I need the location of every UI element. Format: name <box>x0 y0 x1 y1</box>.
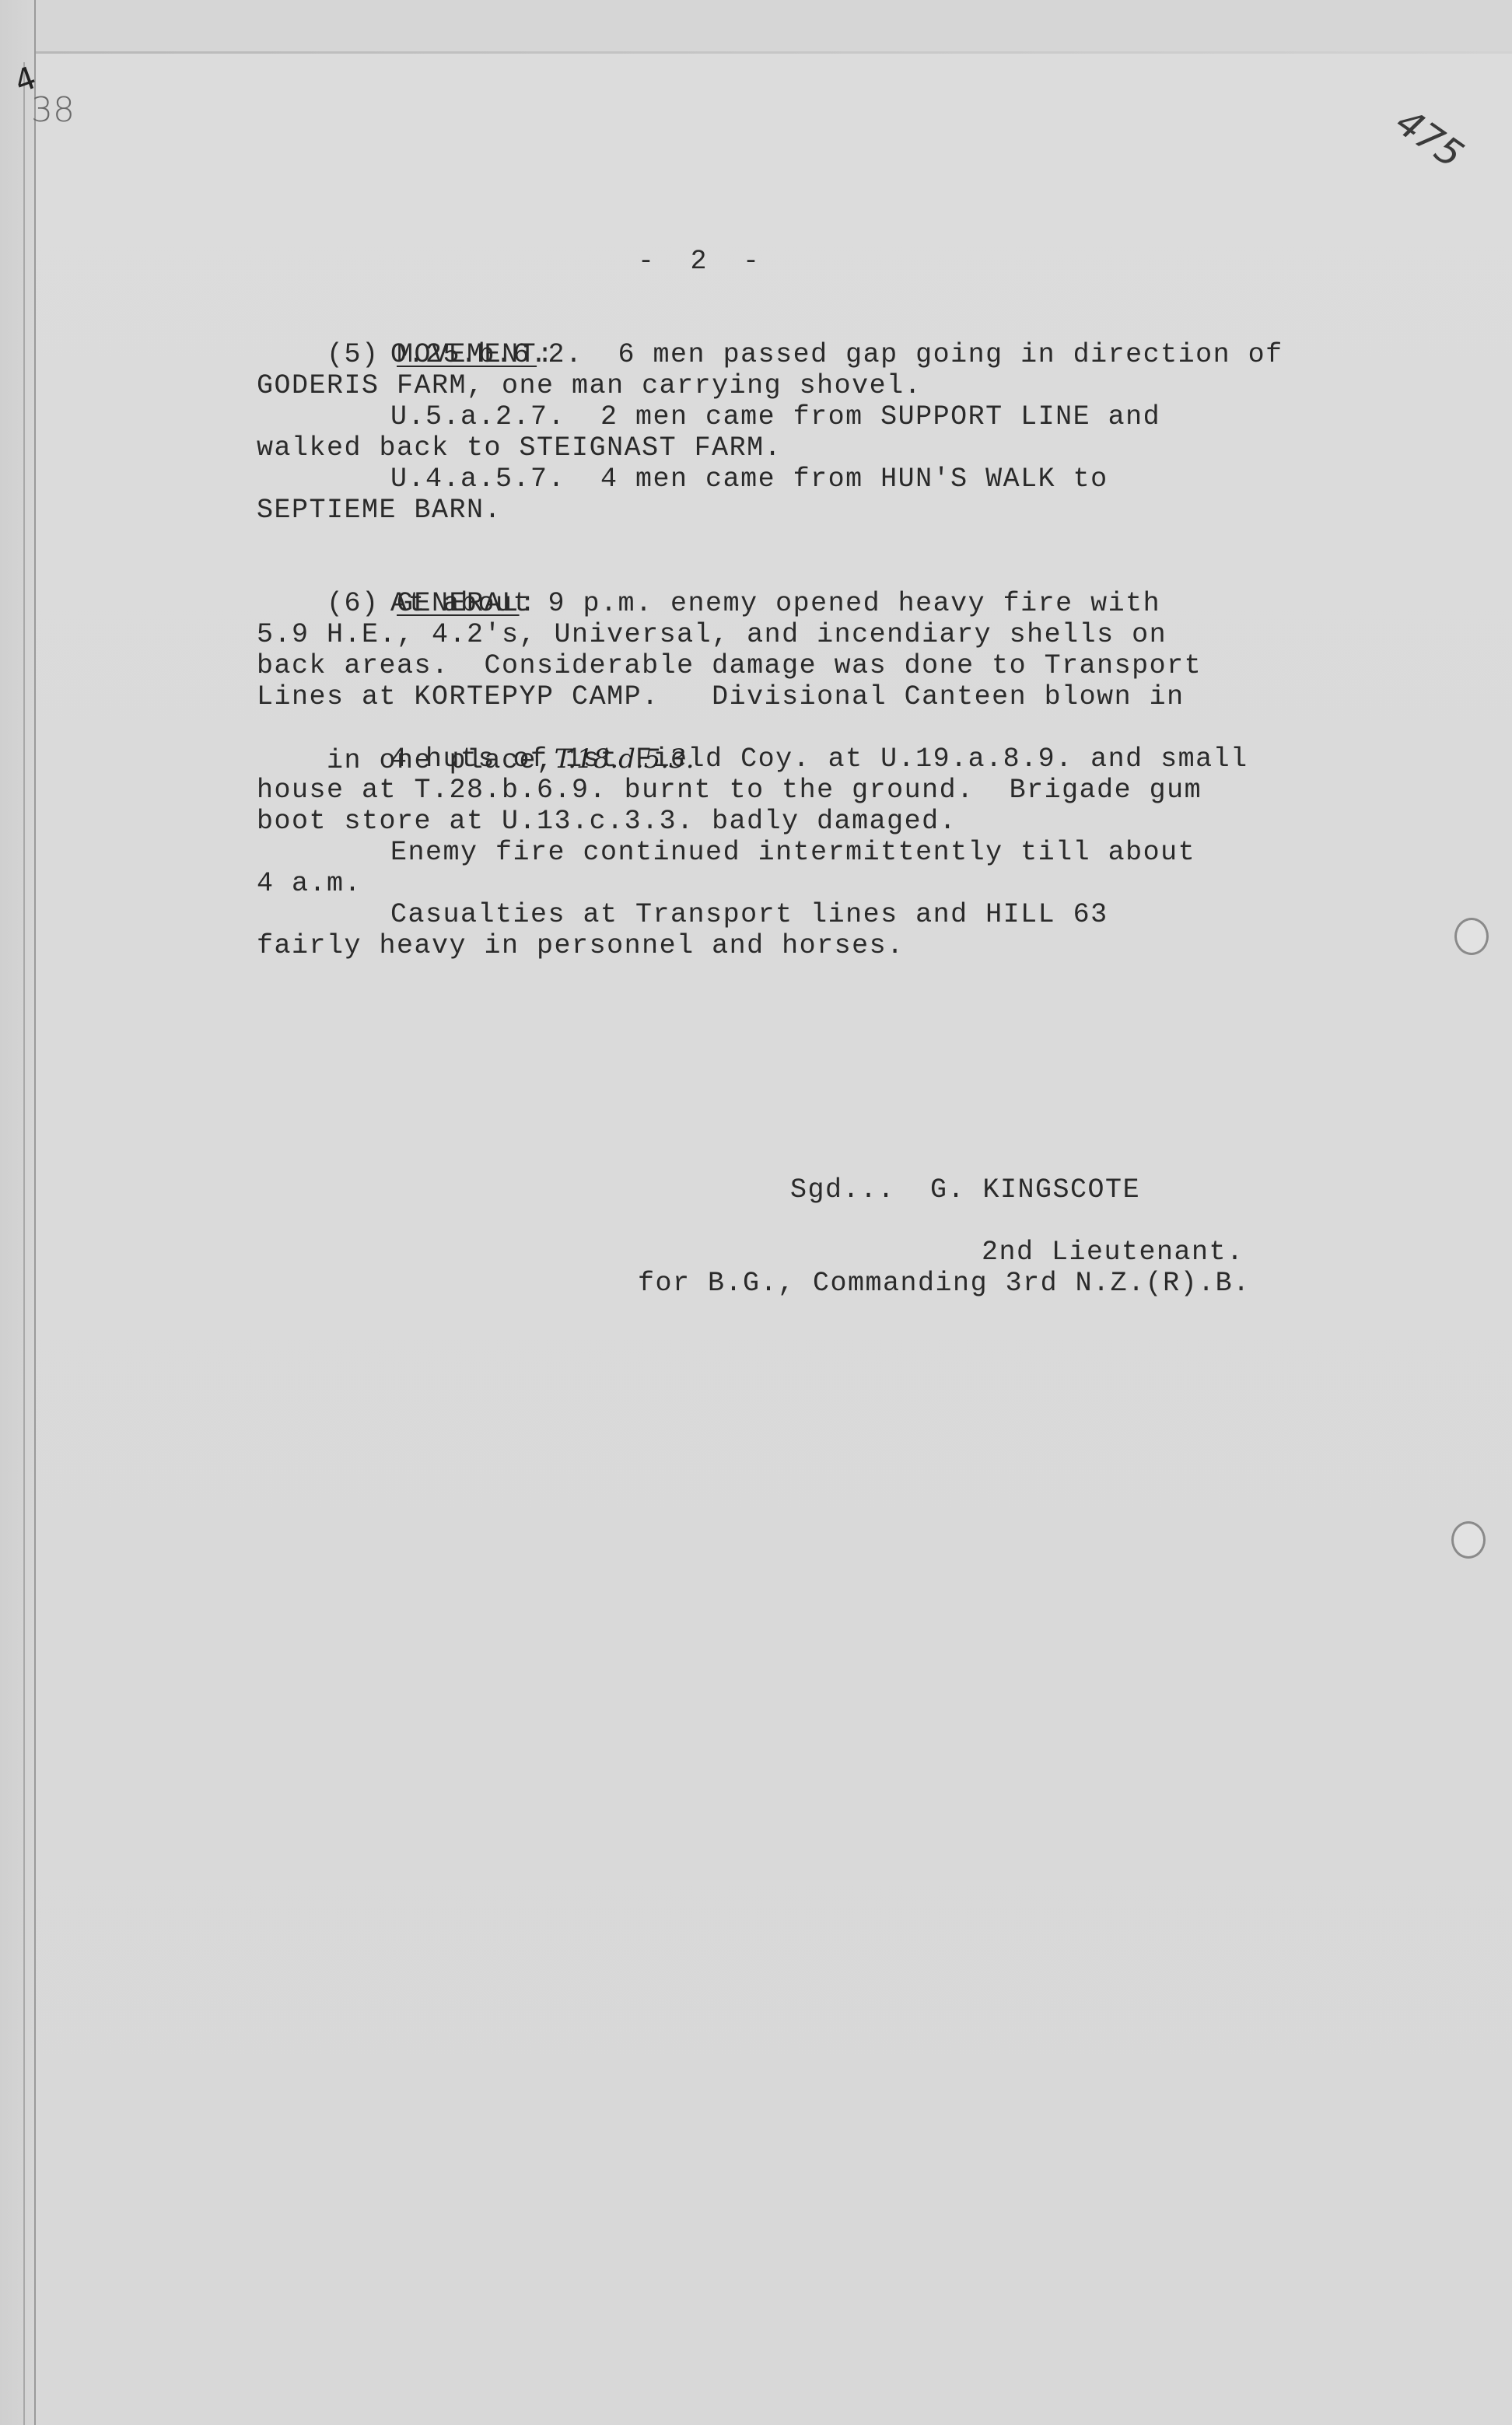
signature-name: Sgd... G. KINGSCOTE <box>790 1174 1140 1206</box>
document-page: 4 38 475 - 2 - (5) MOVEMENT: O.25.b.6.2.… <box>0 0 1512 2425</box>
signature-unit: for B.G., Commanding 3rd N.Z.(R).B. <box>638 1268 1251 1299</box>
text-line: SEPTIEME BARN. <box>257 495 502 526</box>
text-line: walked back to STEIGNAST FARM. <box>257 432 782 464</box>
punch-hole <box>1454 918 1489 955</box>
text-line: Lines at KORTEPYP CAMP. Divisional Cante… <box>257 681 1185 712</box>
text-line: O.25.b.6.2. 6 men passed gap going in di… <box>390 339 1283 370</box>
page-top-strip <box>0 0 1512 51</box>
page-fold-line <box>34 51 1512 54</box>
text-line: GODERIS FARM, one man carrying shovel. <box>257 370 922 401</box>
text-line: U.4.a.5.7. 4 men came from HUN'S WALK to <box>390 464 1108 495</box>
text-line: 4 huts of 1st Field Coy. at U.19.a.8.9. … <box>390 744 1248 775</box>
text-line: 5.9 H.E., 4.2's, Universal, and incendia… <box>257 619 1167 650</box>
punch-hole <box>1451 1521 1486 1559</box>
margin-number: 38 <box>31 90 75 130</box>
signature-rank: 2nd Lieutenant. <box>982 1237 1244 1268</box>
text-line: back areas. Considerable damage was done… <box>257 650 1202 681</box>
text-line: boot store at U.13.c.3.3. badly damaged. <box>257 806 957 837</box>
page-number: - 2 - <box>638 246 761 277</box>
folio-number: 475 <box>1388 100 1471 177</box>
text-line: 4 a.m. <box>257 868 362 899</box>
page-left-edge-line <box>23 62 25 2425</box>
text-line: Casualties at Transport lines and HILL 6… <box>390 899 1108 930</box>
text-line: U.5.a.2.7. 2 men came from SUPPORT LINE … <box>390 401 1160 432</box>
text-line: fairly heavy in personnel and horses. <box>257 930 905 961</box>
text-line: house at T.28.b.6.9. burnt to the ground… <box>257 775 1202 806</box>
section-number: (5) <box>327 339 380 370</box>
text-line: At about 9 p.m. enemy opened heavy fire … <box>390 588 1160 619</box>
page-left-edge <box>0 0 36 2425</box>
text-line: Enemy fire continued intermittently till… <box>390 837 1195 868</box>
section-number: (6) <box>327 588 380 619</box>
